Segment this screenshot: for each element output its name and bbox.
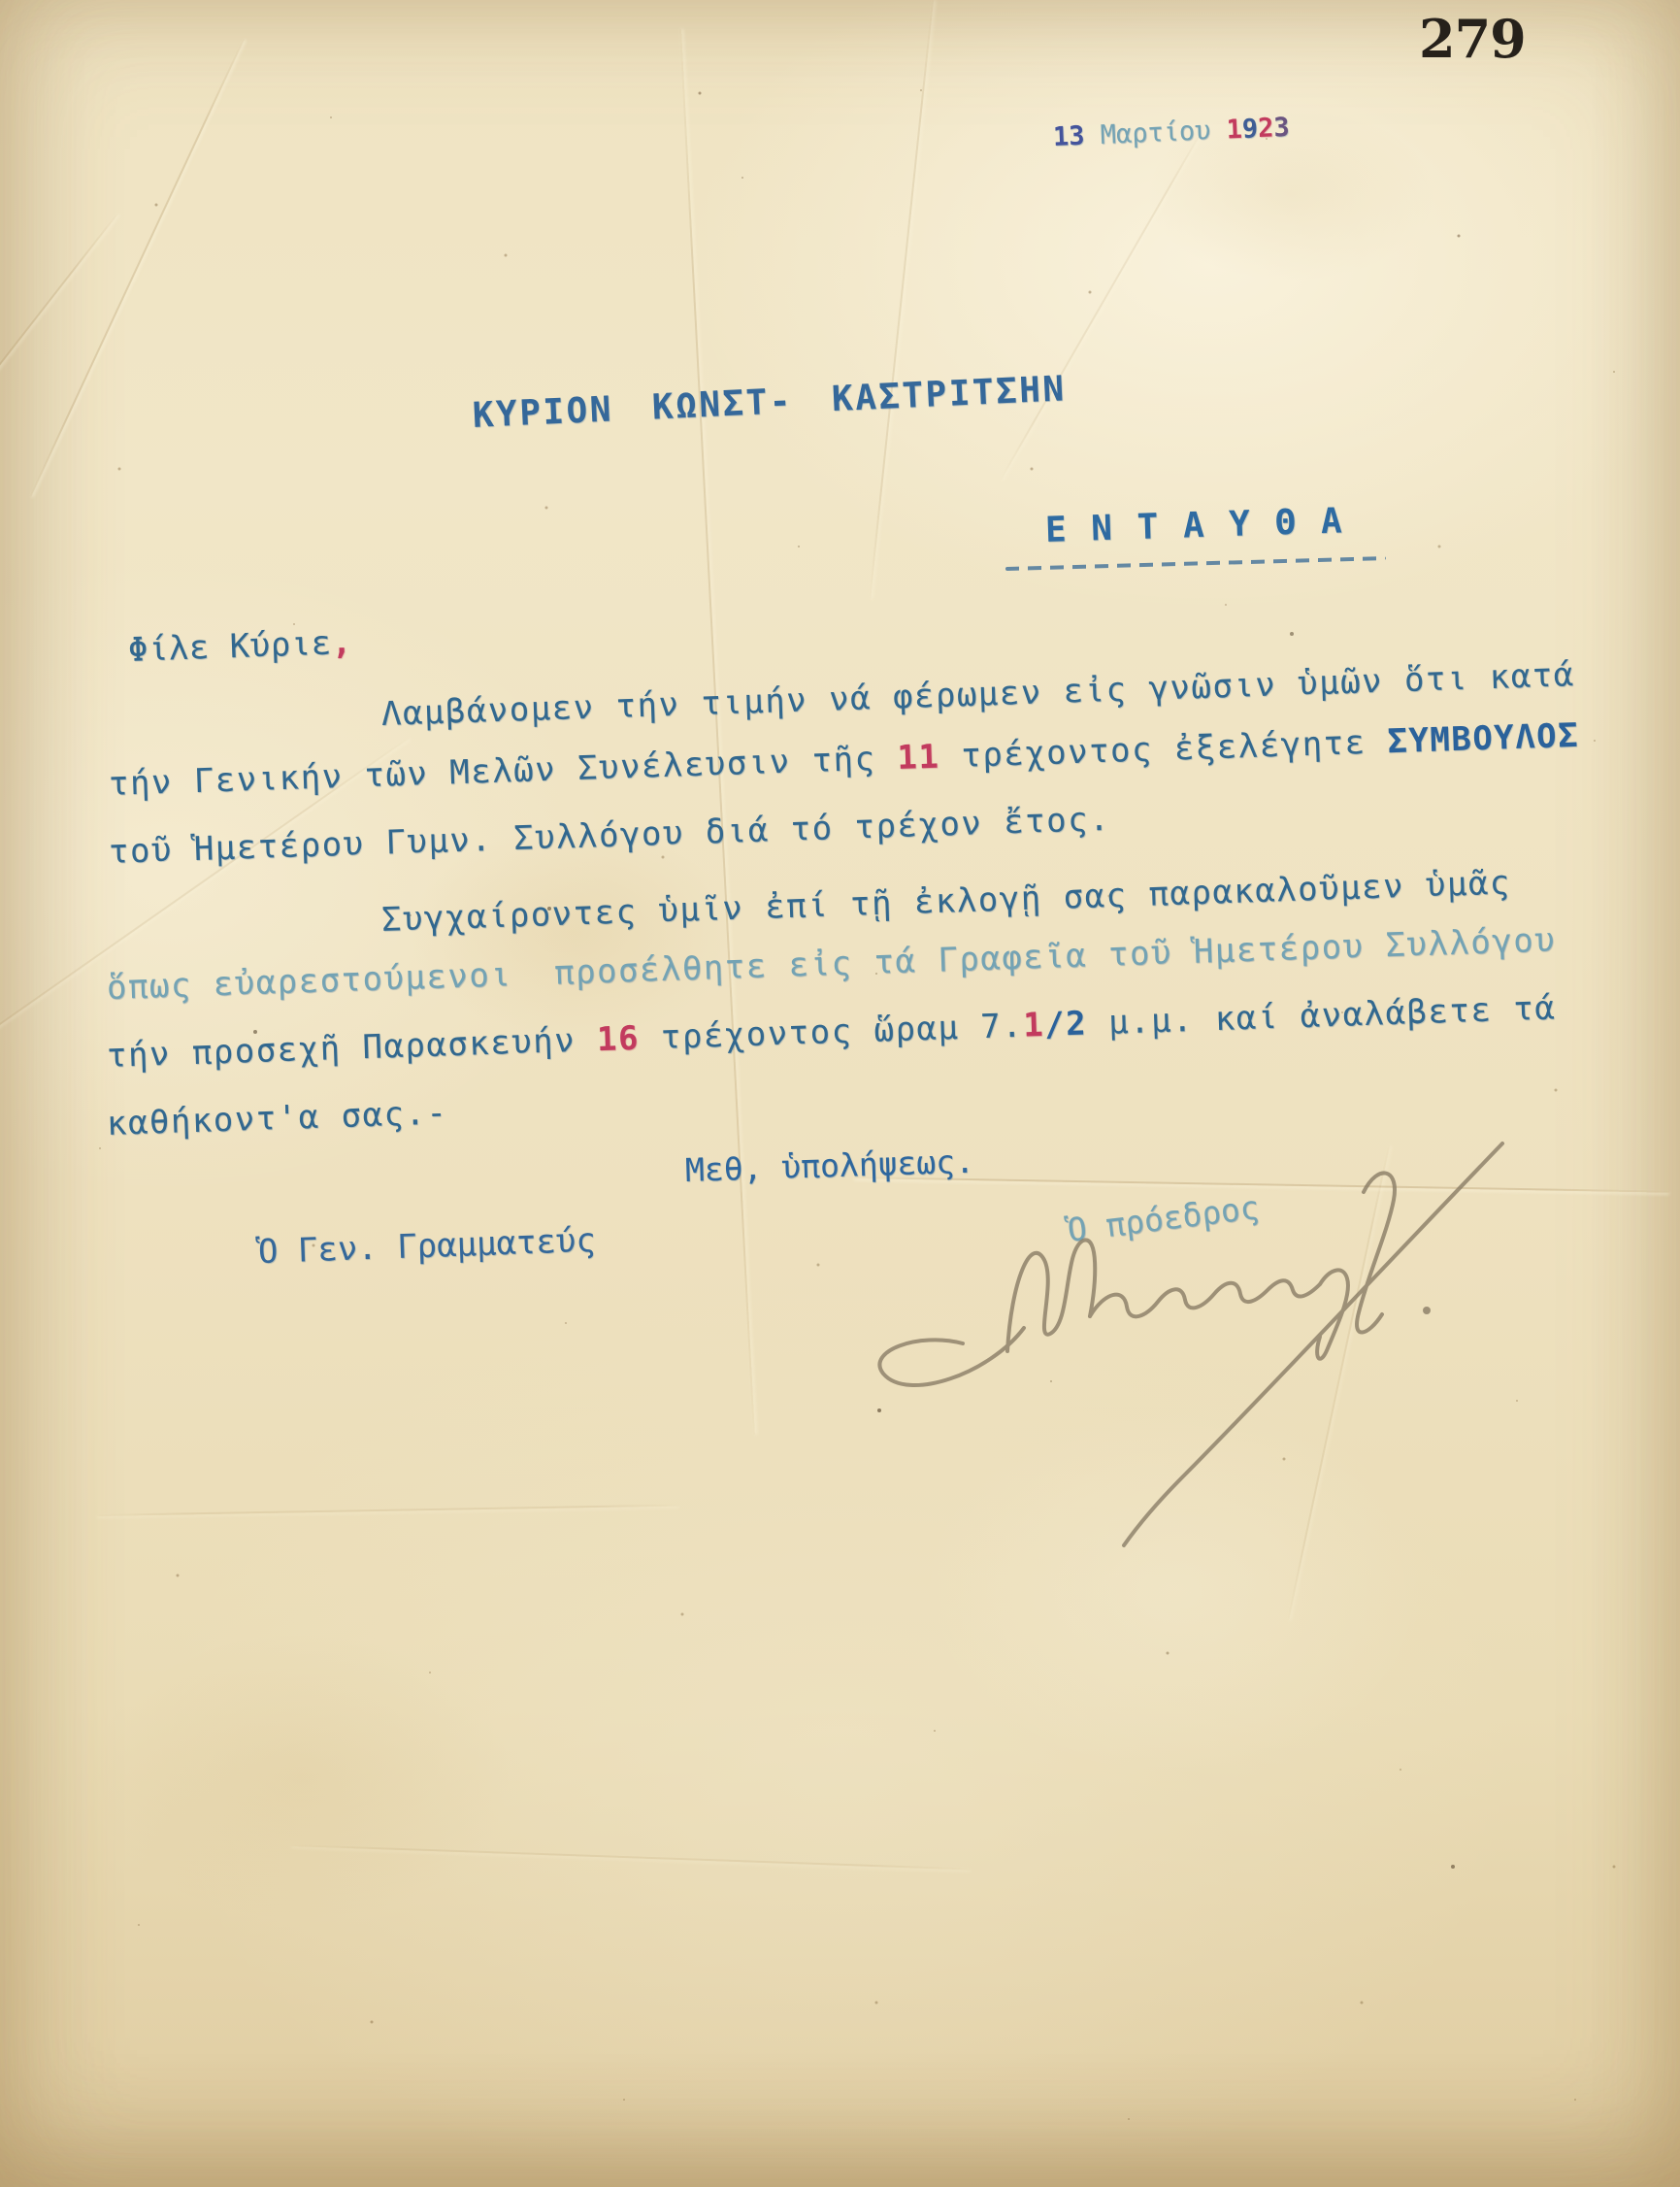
salutation-text: Φίλε Κύριε xyxy=(127,624,332,670)
salutation-comma: , xyxy=(331,623,352,663)
date-month: Μαρτίου xyxy=(1100,116,1211,150)
date-year-digit: 3 xyxy=(1273,113,1291,144)
scanned-letter: 279 13 Μαρτίου 1923 ΚΥΡΙΟΝ ΚΩΝΣΤ- ΚΑΣΤΡΙ… xyxy=(0,0,1680,2187)
date-year-digit: 1 xyxy=(1226,115,1243,146)
page-number: 279 xyxy=(1419,8,1526,70)
date-year-digit: 2 xyxy=(1258,113,1275,144)
date-year-digit: 9 xyxy=(1241,114,1259,145)
president-signature xyxy=(835,1126,1514,1563)
fraction-text: /2 xyxy=(1044,1005,1088,1044)
word-symvoulos: ΣΥΜΒΟΥΛΟΣ xyxy=(1387,716,1580,762)
date-day: 13 xyxy=(1052,121,1085,152)
red-number-11: 11 xyxy=(897,738,940,778)
red-fraction-digit: 1 xyxy=(1023,1006,1045,1045)
paper-background xyxy=(0,0,1680,2187)
red-number-16: 16 xyxy=(596,1019,640,1059)
salutation: Φίλε Κύριε, xyxy=(127,623,352,670)
